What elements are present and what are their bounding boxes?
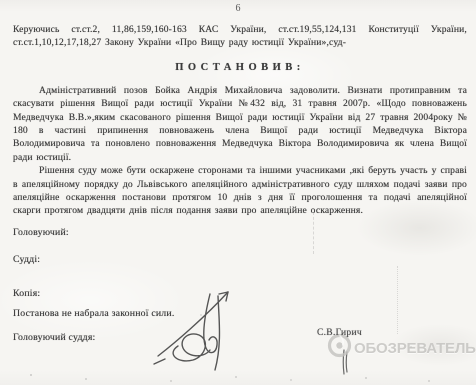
handwritten-signature: [148, 282, 268, 382]
page-number: 6: [0, 0, 476, 14]
operative-paragraph: Адміністративний позов Бойка Андрія Миха…: [13, 84, 467, 164]
judges-label: Судді:: [13, 254, 467, 265]
appeal-procedure-paragraph: Рішення суду може бути оскаржене сторона…: [13, 164, 467, 218]
scanned-court-ruling-page: 6 Керуючись ст.ст.2, 11,86,159,160-163 К…: [0, 0, 476, 385]
scan-fold-artifact: [313, 212, 314, 254]
watermark-text: ОБОЗРЕВАТЕЛЬ: [354, 340, 476, 357]
scan-fold-artifact: [397, 266, 398, 334]
judge-name: С.В.Гирич: [317, 328, 362, 338]
scan-speckles: [30, 374, 32, 376]
legal-basis-paragraph: Керуючись ст.ст.2, 11,86,159,160-163 КАС…: [13, 23, 467, 50]
ruling-heading: ПОСТАНОВИВ:: [13, 62, 467, 73]
presiding-label: Головуючий:: [13, 227, 467, 238]
